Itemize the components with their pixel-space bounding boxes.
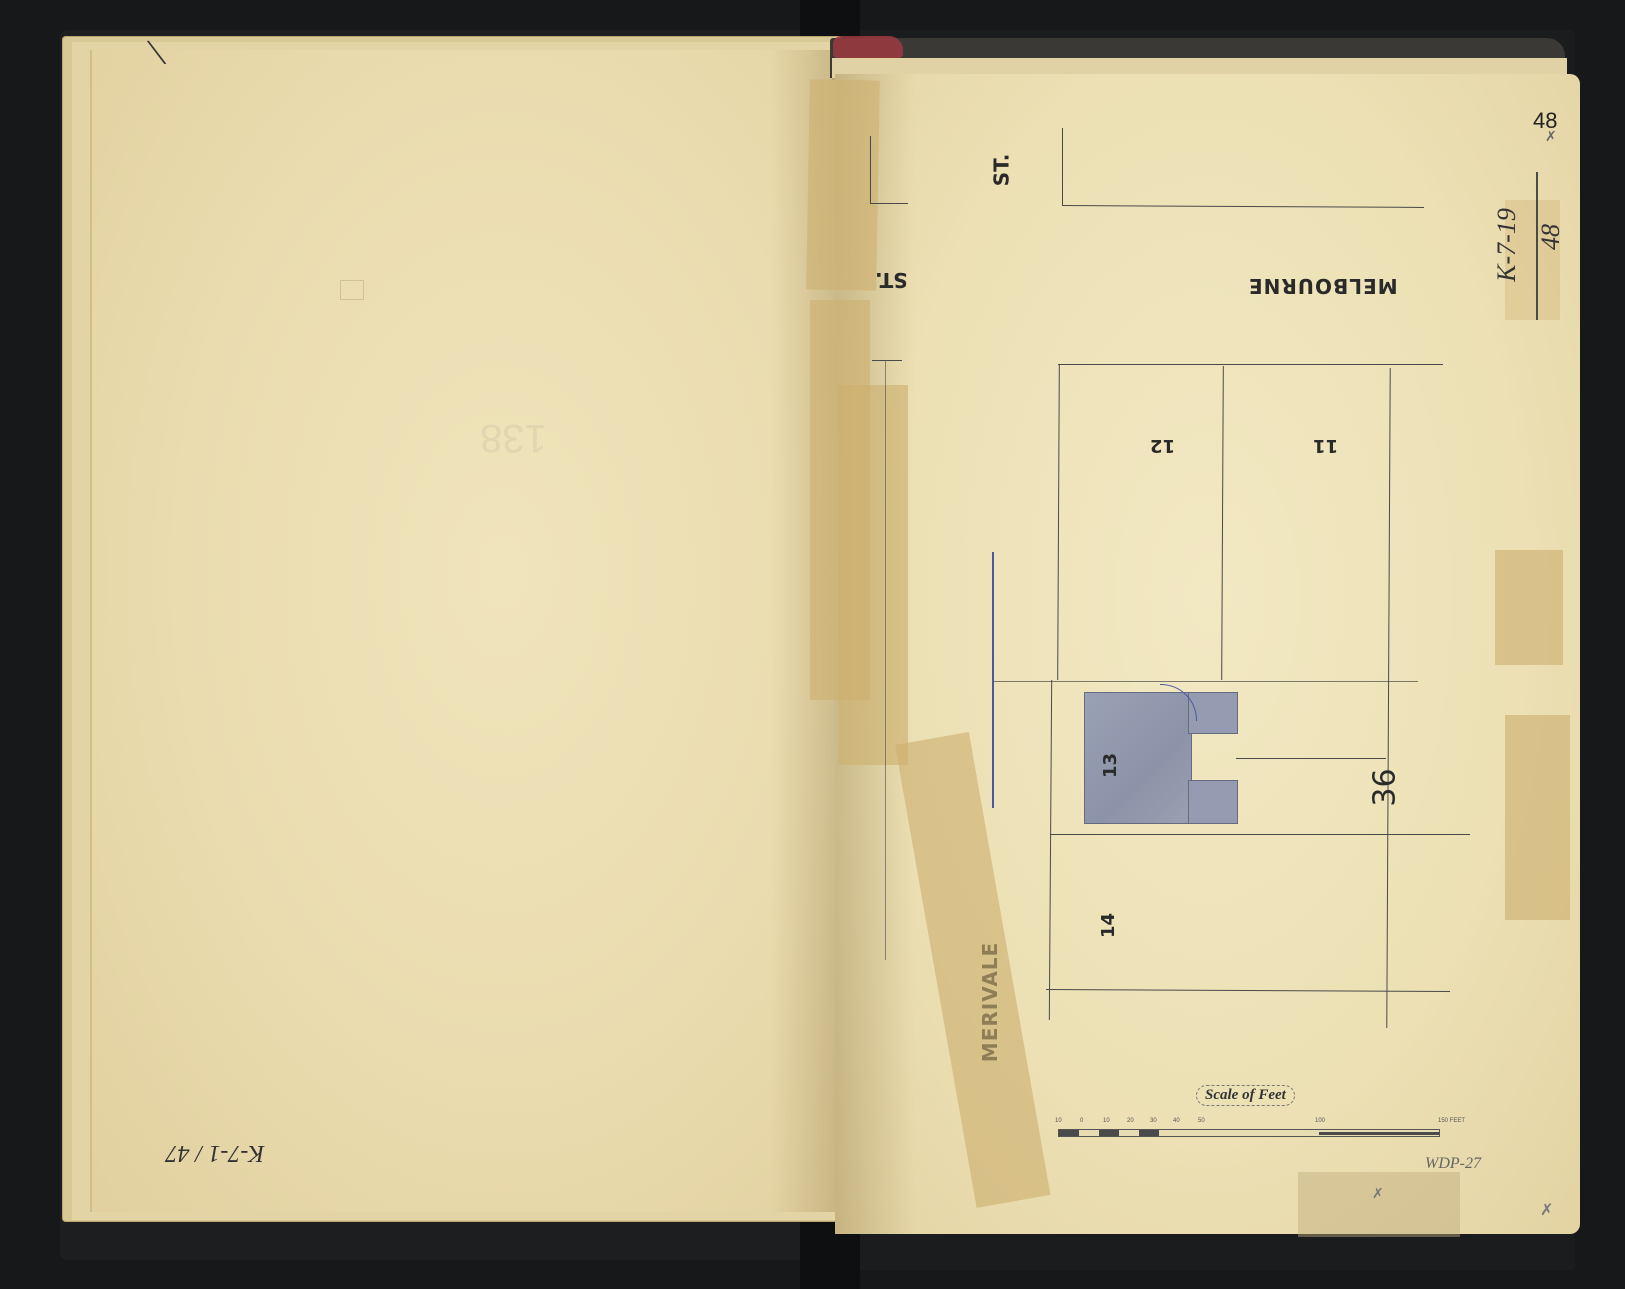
street-edge-line (885, 360, 886, 960)
scale-tick: 10 (1055, 1118, 1062, 1124)
scale-tick: 100 (1315, 1118, 1325, 1124)
tape-strip (806, 79, 880, 290)
sheet-ref-bottom: 48 (1536, 224, 1566, 250)
scale-tick: 150 FEET (1438, 1118, 1465, 1124)
blue-property-line (992, 552, 994, 808)
sheet-ref-top: K-7-19 (1492, 208, 1522, 282)
scale-tick: 10 (1103, 1118, 1110, 1124)
scale-tick: 40 (1173, 1118, 1180, 1124)
lot-line (870, 203, 908, 204)
street-label-st-inverted: ST. (875, 268, 908, 292)
lot-line (992, 681, 1418, 682)
scale-bar (1058, 1129, 1440, 1137)
scale-tick: 30 (1150, 1118, 1157, 1124)
scale-segment (1059, 1130, 1079, 1136)
tape-strip (1505, 715, 1570, 920)
scale-title: Scale of Feet (1196, 1085, 1295, 1106)
page-number-mark: ✗ (1545, 128, 1557, 145)
bleed-through-number: 138 (480, 415, 547, 460)
scale-tick: 50 (1198, 1118, 1205, 1124)
corner-x-mark: ✗ (1540, 1200, 1553, 1220)
block-number: 36 (1368, 768, 1403, 806)
bleed-through-box (340, 280, 364, 300)
bottom-reference: WDP-27 (1425, 1155, 1481, 1173)
street-label-st: ST. (989, 154, 1013, 187)
lot-line (870, 136, 871, 204)
lot-line (872, 360, 902, 361)
lot-line (1236, 758, 1386, 759)
tape-strip (1298, 1172, 1460, 1237)
building-wing (1188, 780, 1238, 824)
scale-segment (1319, 1132, 1439, 1135)
tape-x-mark: ✗ (1372, 1185, 1384, 1202)
lot-number-12: 12 (1150, 435, 1175, 456)
block-line-top (1058, 364, 1443, 365)
lot-line (1050, 834, 1470, 835)
right-page-map[interactable] (835, 74, 1580, 1234)
scale-tick: 20 (1127, 1118, 1134, 1124)
tape-strip (838, 385, 908, 765)
street-label-melbourne: MELBOURNE (1248, 274, 1398, 298)
tape-strip (1495, 550, 1563, 665)
left-page[interactable] (90, 50, 838, 1212)
lot-line (1062, 128, 1063, 206)
scale-tick: 0 (1080, 1118, 1083, 1124)
scale-segment (1139, 1130, 1159, 1136)
red-torn-binding (833, 36, 903, 58)
annotation-text: K-7-1 / 47 (160, 1140, 270, 1166)
scale-segment (1099, 1130, 1119, 1136)
lot-number-11: 11 (1313, 435, 1338, 456)
lot-number-13: 13 (1100, 753, 1121, 778)
left-page-annotation: K-7-1 / 47 (160, 1140, 270, 1166)
lot-number-14: 14 (1098, 913, 1119, 938)
